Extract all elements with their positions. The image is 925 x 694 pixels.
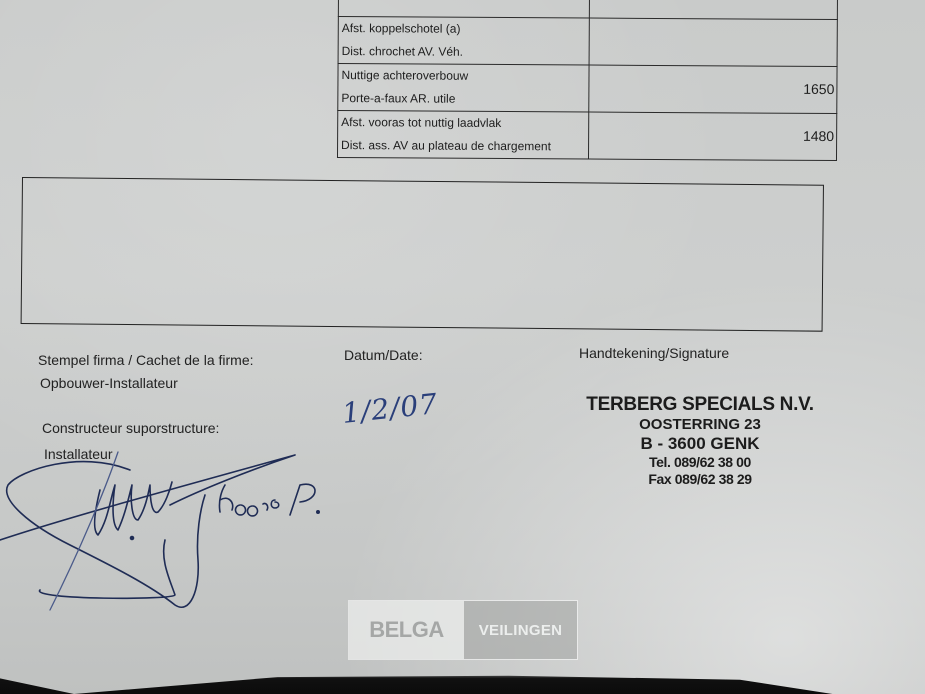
handwritten-signature [0, 440, 340, 620]
row-label-nl: Nuttige achteroverbouw [341, 64, 585, 88]
company-city: B - 3600 GENK [560, 435, 840, 452]
notes-box [21, 177, 824, 332]
company-name: TERBERG SPECIALS N.V. [560, 395, 840, 414]
row-value: 1650 [589, 65, 837, 114]
table-row: Nuttige achteroverbouw Porte-a-faux AR. … [338, 64, 837, 114]
signature-label: Handtekening/Signature [579, 345, 729, 361]
company-street: OOSTERRING 23 [560, 417, 840, 432]
row-label-nl: Afst. vooras tot nuttig laadvlak [341, 111, 585, 135]
stamp-label: Stempel firma / Cachet de la firme: [38, 352, 254, 368]
company-stamp: TERBERG SPECIALS N.V. OOSTERRING 23 B - … [560, 395, 840, 489]
row-value [589, 18, 837, 67]
row-label-nl: Afst. koppelschotel (a) [342, 17, 586, 41]
company-tel: Tel. 089/62 38 00 [560, 455, 840, 469]
row-label-fr: Dist. chrochet AV. Véh. [342, 40, 586, 64]
watermark-left: BELGA [349, 601, 464, 659]
date-label: Datum/Date: [344, 347, 423, 363]
company-fax: Fax 089/62 38 29 [560, 472, 840, 486]
row-value: 1480 [588, 112, 836, 161]
spec-table: Afst. koppelschotel (a) Dist. chrochet A… [337, 0, 838, 161]
row-label-fr: Dist. ass. AV au plateau de chargement [341, 134, 585, 158]
builder-label: Opbouwer-Installateur [40, 375, 178, 391]
row-label-fr: Porte-a-faux AR. utile [341, 87, 585, 111]
table-row: Afst. vooras tot nuttig laadvlak Dist. a… [337, 111, 836, 161]
watermark-logo: BELGA VEILINGEN [348, 600, 578, 660]
watermark-right: VEILINGEN [464, 601, 577, 659]
constructor-label: Constructeur suporstructure: [42, 420, 219, 436]
table-row: Afst. koppelschotel (a) Dist. chrochet A… [338, 17, 837, 67]
